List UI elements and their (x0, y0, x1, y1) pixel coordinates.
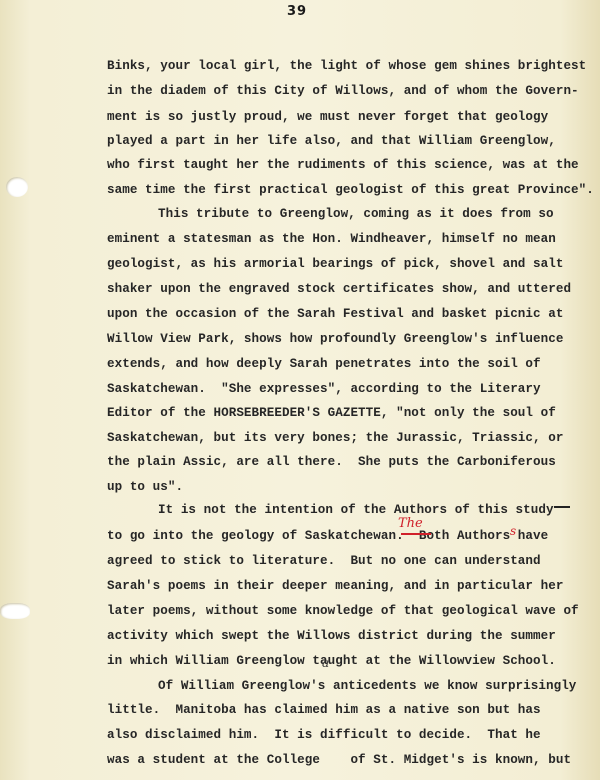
page-number: 39 (287, 4, 307, 19)
text-line: Binks, your local girl, the light of who… (107, 59, 586, 73)
text-line: Sarah's poems in their deeper meaning, a… (107, 579, 563, 593)
text-line: was a student at the College of St. Midg… (107, 753, 571, 767)
text-line: eminent a statesman as the Hon. Windheav… (107, 232, 556, 246)
text-line: same time the first practical geologist … (107, 183, 594, 197)
text-line: Willow View Park, shows how profoundly G… (107, 332, 563, 346)
text-line: the plain Assic, are all there. She puts… (107, 455, 556, 469)
text-line: extends, and how deeply Sarah penetrates… (107, 357, 541, 371)
text-line: This tribute to Greenglow, coming as it … (158, 207, 554, 221)
handwritten-correction-s: s (510, 524, 516, 538)
text-line: in which William Greenglow taught at the… (107, 654, 556, 668)
strikethrough-both (401, 533, 431, 535)
text-line: Of William Greenglow's anticedents we kn… (158, 679, 576, 693)
punch-hole (6, 177, 28, 197)
text-line: upon the occasion of the Sarah Festival … (107, 307, 563, 321)
text-line: who first taught her the rudiments of th… (107, 158, 579, 172)
handwritten-correction-a: a (322, 656, 329, 670)
text-line: up to us". (107, 480, 183, 494)
margin-mark (554, 506, 570, 508)
text-line: also disclaimed him. It is difficult to … (107, 728, 541, 742)
text-line: It is not the intention of the Authors o… (158, 503, 554, 517)
text-line: shaker upon the engraved stock certifica… (107, 282, 571, 296)
text-line: later poems, without some knowledge of t… (107, 604, 579, 618)
text-line: Saskatchewan. "She expresses", according… (107, 382, 541, 396)
text-line: in the diadem of this City of Willows, a… (107, 84, 579, 98)
text-line: ment is so justly proud, we must never f… (107, 110, 548, 124)
text-line: Editor of the HORSEBREEDER'S GAZETTE, "n… (107, 406, 556, 420)
text-line: to go into the geology of Saskatchewan. … (107, 529, 548, 543)
text-line: Saskatchewan, but its very bones; the Ju… (107, 431, 563, 445)
typewritten-page: 39 Binks, your local girl, the light of … (0, 0, 600, 780)
handwritten-insertion-the: The (398, 516, 423, 531)
text-line: played a part in her life also, and that… (107, 134, 556, 148)
punch-hole (0, 603, 30, 619)
text-line: geologist, as his armorial bearings of p… (107, 257, 563, 271)
text-line: little. Manitoba has claimed him as a na… (107, 703, 541, 717)
text-line: activity which swept the Willows distric… (107, 629, 556, 643)
text-line: agreed to stick to literature. But no on… (107, 554, 541, 568)
